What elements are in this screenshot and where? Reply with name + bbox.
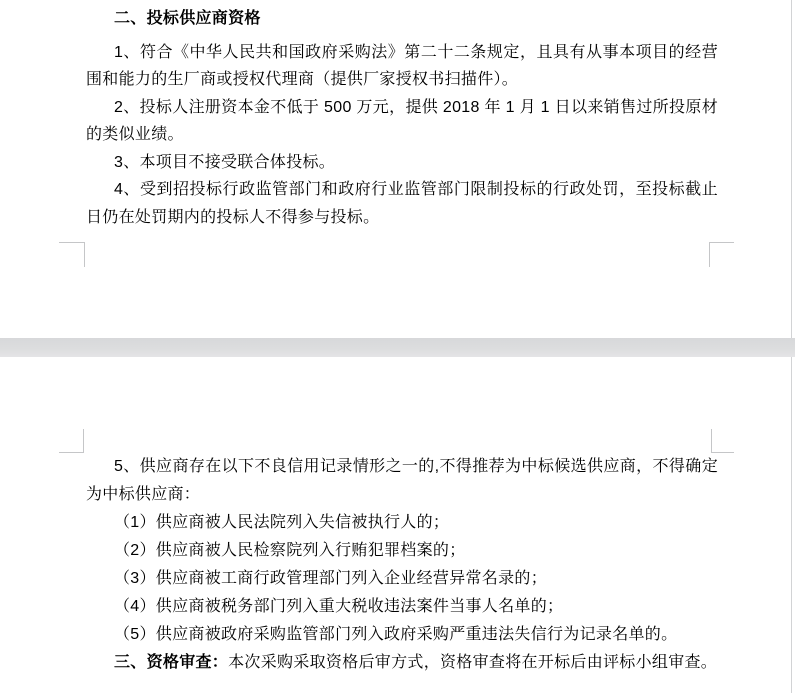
final-text[interactable]: 本次采购采取资格后审方式，资格审查将在开标后由评标小组审查。: [228, 654, 717, 671]
text-line[interactable]: 为中标供应商：: [86, 481, 718, 509]
text-line[interactable]: 4、受到招投标行政监管部门和政府行业监管部门限制投标的行政处罚，至投标截止之: [86, 176, 718, 204]
list-item-3[interactable]: （3）供应商被工商行政管理部门列入企业经营异常名录的；: [86, 565, 718, 593]
word-document-view: 二、投标供应商资格 1、符合《中华人民共和国政府采购法》第二十二条规定，且具有从…: [0, 0, 795, 693]
paragraph-2: 2、投标人注册资本金不低于 500 万元，提供 2018 年 1 月 1 日以来…: [86, 94, 718, 149]
page-separator: [0, 338, 795, 357]
paragraph-4: 4、受到招投标行政监管部门和政府行业监管部门限制投标的行政处罚，至投标截止之 日…: [86, 176, 718, 231]
final-heading[interactable]: 三、资格审查：: [114, 654, 228, 671]
paragraph-5: 5、供应商存在以下不良信用记录情形之一的,不得推荐为中标候选供应商，不得确定 为…: [86, 453, 718, 509]
paragraph-3: 3、本项目不接受联合体投标。: [86, 149, 718, 177]
text-line[interactable]: 2、投标人注册资本金不低于 500 万元，提供 2018 年 1 月 1 日以来…: [86, 94, 718, 122]
final-paragraph[interactable]: 三、资格审查：本次采购采取资格后审方式，资格审查将在开标后由评标小组审查。: [86, 649, 718, 677]
text-line[interactable]: 1、符合《中华人民共和国政府采购法》第二十二条规定，且具有从事本项目的经营范: [86, 39, 718, 67]
list-item-5[interactable]: （5）供应商被政府采购监管部门列入政府采购严重违法失信行为记录名单的。: [86, 621, 718, 649]
list-item-1[interactable]: （1）供应商被人民法院列入失信被执行人的；: [86, 509, 718, 537]
text-line[interactable]: 5、供应商存在以下不良信用记录情形之一的,不得推荐为中标候选供应商，不得确定: [86, 453, 718, 481]
list-item-2[interactable]: （2）供应商被人民检察院列入行贿犯罪档案的；: [86, 537, 718, 565]
crop-mark-page2-top-left: [59, 429, 84, 453]
crop-mark-page1-bottom-left: [59, 242, 85, 267]
text-line[interactable]: 的类似业绩。: [86, 121, 718, 149]
text-line[interactable]: 3、本项目不接受联合体投标。: [86, 149, 718, 177]
page1-text-area[interactable]: 二、投标供应商资格 1、符合《中华人民共和国政府采购法》第二十二条规定，且具有从…: [86, 5, 718, 231]
crop-mark-page1-bottom-right: [709, 242, 734, 267]
page2-text-area[interactable]: 5、供应商存在以下不良信用记录情形之一的,不得推荐为中标候选供应商，不得确定 为…: [86, 453, 718, 677]
crop-mark-page2-top-right: [711, 429, 734, 453]
text-line[interactable]: 围和能力的生厂商或授权代理商（提供厂家授权书扫描件）。: [86, 66, 718, 94]
paragraph-1: 1、符合《中华人民共和国政府采购法》第二十二条规定，且具有从事本项目的经营范 围…: [86, 39, 718, 94]
text-line[interactable]: 日仍在处罚期内的投标人不得参与投标。: [86, 204, 718, 232]
list-item-4[interactable]: （4）供应商被税务部门列入重大税收违法案件当事人名单的；: [86, 593, 718, 621]
section-heading[interactable]: 二、投标供应商资格: [86, 5, 718, 33]
